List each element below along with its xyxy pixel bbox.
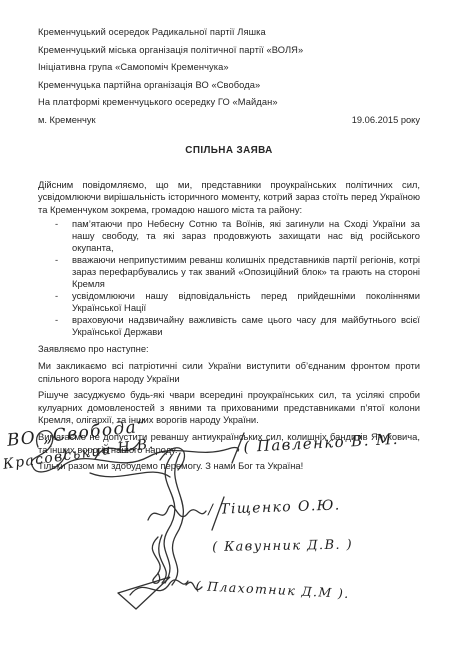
- declare-heading: Заявляємо про наступне:: [38, 343, 420, 355]
- statement-paragraph-1: Ми закликаємо всі патріотичні сили Украї…: [38, 360, 420, 385]
- document-page: Кременчуцький осередок Радикальної парті…: [0, 0, 450, 654]
- pen-stroke: [148, 505, 206, 520]
- bullet-item-1: пам’ятаючи про Небесну Сотню та Воїнів, …: [72, 218, 420, 254]
- place-label: м. Кременчук: [38, 112, 96, 130]
- signature-block: ВО „Свобода“ Красовський Н.В. ( Павленко…: [0, 425, 450, 654]
- pen-stroke: [164, 455, 175, 583]
- bullet-item-2: вважаючи неприпустимим реванш колишніх п…: [72, 254, 420, 290]
- signature-name-kavunnyk: ( Кавунник Д.В. ): [212, 538, 353, 555]
- document-header: Кременчуцький осередок Радикальної парті…: [38, 24, 420, 129]
- org-line-4: Кременчуцька партійна організація ВО «Св…: [38, 77, 420, 95]
- place-date-row: м. Кременчук 19.06.2015 року: [38, 112, 420, 130]
- document-content: Кременчуцький осередок Радикальної парті…: [0, 0, 450, 473]
- org-line-3: Ініціативна група «Самопоміч Кременчука»: [38, 59, 420, 77]
- document-title: СПІЛЬНА ЗАЯВА: [38, 145, 420, 156]
- org-line-5: На платформі кременчуцького осередку ГО …: [38, 94, 420, 112]
- bullet-list: пам’ятаючи про Небесну Сотню та Воїнів, …: [38, 218, 420, 338]
- pen-stroke: [90, 472, 170, 477]
- org-line-2: Кременчуцький міська організація політич…: [38, 42, 420, 60]
- org-line-1: Кременчуцький осередок Радикальної парті…: [38, 24, 420, 42]
- pen-stroke: [159, 535, 167, 583]
- bullet-item-3: усвідомлюючи нашу відповідальність перед…: [72, 290, 420, 314]
- date-label: 19.06.2015 року: [352, 112, 420, 130]
- intro-paragraph: Дійсним повідомляємо, що ми, представник…: [38, 179, 420, 216]
- bullet-item-4: враховуючи надзвичайну важливість саме ц…: [72, 314, 420, 338]
